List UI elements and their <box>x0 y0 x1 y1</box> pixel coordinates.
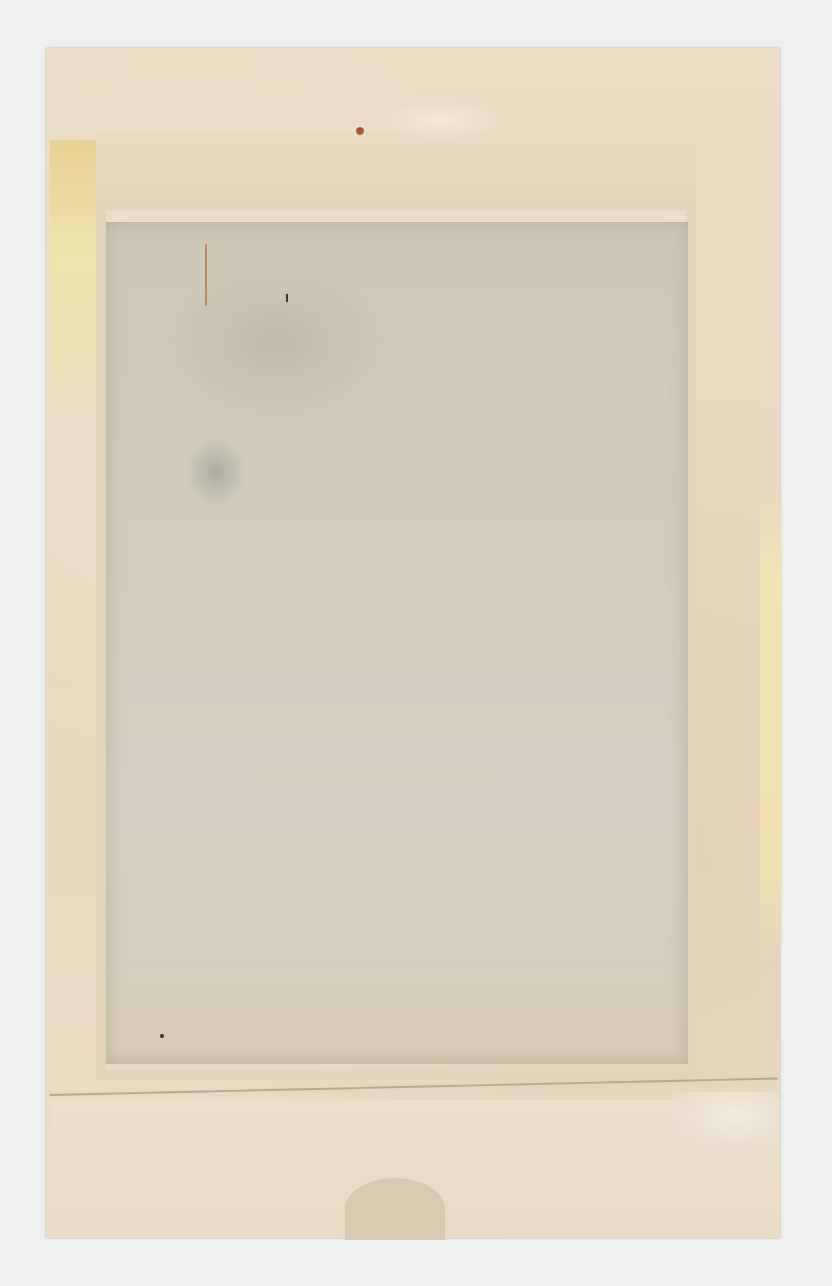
rust-spot <box>356 127 364 135</box>
orange-mark <box>205 244 207 306</box>
ink-dot <box>160 1034 164 1038</box>
bottom-right-peel <box>670 1092 778 1152</box>
grey-panel <box>106 222 688 1064</box>
right-stain <box>760 480 782 960</box>
top-peel-mark <box>380 100 500 140</box>
bottom-notch <box>345 1178 445 1240</box>
ink-mark <box>286 294 288 302</box>
